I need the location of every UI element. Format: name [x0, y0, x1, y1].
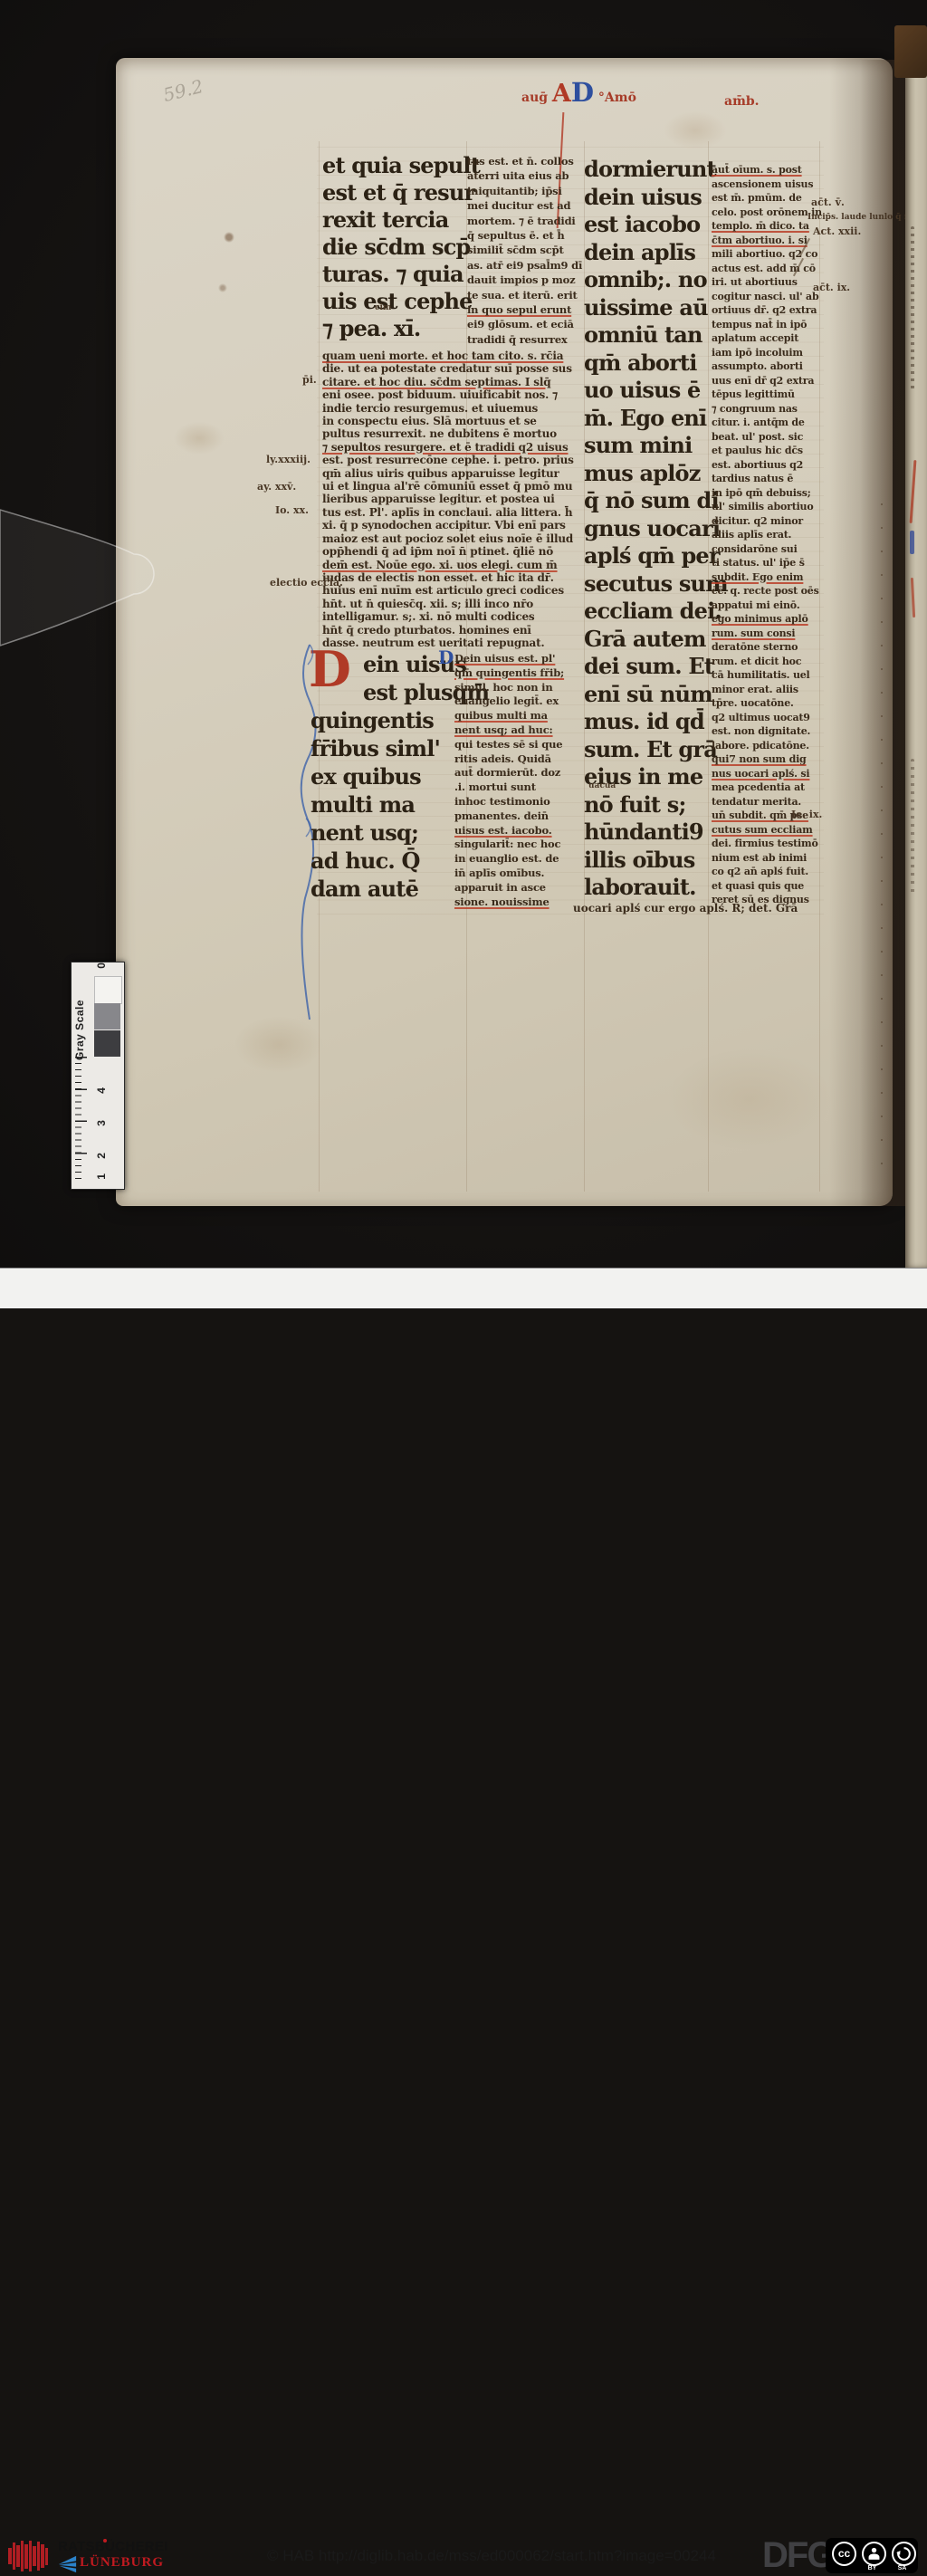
text-line: citur. i. antq̄m de [712, 416, 822, 430]
text-line: sum. Et grā [584, 736, 728, 764]
text-line: nent usq; ad huc: [454, 723, 564, 738]
text-line: iudas de electis non esset. et hic ita d… [322, 571, 574, 584]
text-line: iri. ut abortiuus [712, 275, 822, 290]
text-line: est. non dignitate. [712, 724, 822, 739]
text-line: dormierunt [584, 156, 728, 184]
text-line: enī sū nūm [584, 681, 728, 709]
text-line: qm̄ alius uiris quibus apparuisse legitu… [322, 467, 574, 480]
text-line: ritis adeis. Quidā [454, 752, 564, 767]
text-line: est m̄. pmūm. de [712, 191, 822, 206]
text-line: in ipō qm̄ debuiss; [712, 486, 822, 501]
text-line: iniquitantib; ip̄si [467, 184, 582, 198]
text-line: inhoc testimonio [454, 795, 564, 809]
text-line: tus est. Pl'. aplīs in conclaui. alia li… [322, 506, 574, 519]
margin-note-pi: p̄i. [302, 375, 317, 386]
ruler-number: 1 [95, 1173, 108, 1180]
gloss-column-1b: Dein uisus est. pl'qm̄ quingentis fr̄ib;… [454, 652, 564, 909]
running-title-anno: °Amō [598, 91, 636, 105]
text-line: appatui mi einō. [712, 599, 822, 613]
text-line: est. post resurrecōne cephe. i. petro. p… [322, 454, 574, 466]
ruler-number: 3 [95, 1120, 108, 1126]
ruler-number: 0 [95, 962, 108, 969]
margin-note-act-v: ac̄t. v̄. [811, 197, 845, 208]
text-line: q̄ nō sum di [584, 487, 728, 515]
text-line: mus. id qd̄ [584, 708, 728, 736]
text-line: ui et lingua al'rē cōmuniū esset q̄ pmō … [322, 480, 574, 493]
text-line: ul' similis abortiuo [712, 500, 822, 514]
next-page-blue-initial-trace [910, 531, 914, 554]
text-line: turas. ⁊ quia [322, 261, 480, 288]
text-line: ti status. ul' ip̄e s̄ [712, 556, 822, 570]
text-line: sum mini [584, 432, 728, 460]
page-holder-clip [0, 489, 181, 670]
gray-patch-mid [94, 1003, 120, 1029]
gloss-bottom-line: uocari aplś cur ergo aplś. R; det. Grā [573, 902, 798, 915]
lemma-column-1: et quia sepultest et q̄ resurrexit terci… [322, 152, 480, 342]
text-line: et quasi quis que [712, 879, 822, 894]
text-line: nō fuit s; [584, 791, 728, 819]
text-line: lieribus apparuisse legitur. et postea u… [322, 493, 574, 505]
text-line: quibus multi ma [454, 709, 564, 723]
text-line: templo. m̄ dico. ta [712, 219, 822, 234]
text-line: uo uisus ē [584, 377, 728, 405]
book-gutter-shadow [860, 60, 909, 1206]
next-page-red-trace [911, 578, 915, 618]
margin-note-electio: electio ecc̄ia. [270, 578, 343, 589]
text-line: aplatum accepit [712, 331, 822, 346]
text-line: tēpus legittimū [712, 388, 822, 402]
text-line: as. atr̄ ei9 psal̄m9 dī [467, 258, 582, 273]
text-line: deratōne sterno [712, 640, 822, 655]
text-line: ego minimus aplō [712, 612, 822, 627]
footer-bar: RATSBÜCHEREI LÜNEBURG © HAB http://digli… [0, 1268, 927, 1307]
text-line: dauit impios p moz [467, 273, 582, 287]
text-line: aut̄ oīum. s. post [712, 163, 822, 177]
text-line: eni osee. post biduum. uiuificabit nos. … [322, 388, 574, 401]
text-line: tardius natus ē [712, 472, 822, 486]
text-line: uisus est. iacobo. [454, 824, 564, 838]
margin-note-io: Io. xx. [275, 505, 309, 516]
running-title-right: am̄b. [724, 94, 760, 109]
text-line: aplś qm̄ per [584, 542, 728, 570]
text-line: tempus nat̄ in ipō [712, 318, 822, 332]
text-line: dicitur. q2 minor [712, 514, 822, 529]
margin-note-ie-ix: Ie. ix. [791, 809, 822, 820]
text-line: nium est ab inimi [712, 851, 822, 866]
text-line: ascensionem uisus [712, 177, 822, 192]
text-line: co q2 an̄ aplś fuit. [712, 865, 822, 879]
text-line: beat. ul' post. sic [712, 430, 822, 445]
photo-backdrop: 59.2 auḡ AD °Amō am̄b. et quia sepultest… [0, 0, 927, 1307]
gloss-column-2: aut̄ oīum. s. postascensionem uisusest m… [712, 163, 822, 907]
ruler-ticks-long [75, 1057, 87, 1184]
text-line: apparuit in asce [454, 881, 564, 895]
text-line: cogitur nasci. ul' ab [712, 290, 822, 304]
running-title-left: auḡ [521, 91, 548, 105]
text-line: uis est cephe [322, 288, 480, 315]
text-line: simul. hoc non in [454, 681, 564, 695]
text-line: uissime aū [584, 294, 728, 322]
text-line: tus est. et n̄. collos [467, 154, 582, 168]
text-line: euangelio legit̄. ex [454, 694, 564, 709]
text-line: ⁊ congruum nas [712, 402, 822, 417]
text-line: est iacobo [584, 211, 728, 239]
text-line: dein aplīs [584, 239, 728, 267]
text-line: cā humilitatis. uel [712, 668, 822, 683]
text-line: assumpto. aborti [712, 359, 822, 374]
interlinear-note: uacua [588, 782, 616, 790]
text-line: actus est. add m̄ cō [712, 262, 822, 276]
text-line: Dein uisus est. pl' [454, 652, 564, 666]
text-line: similit̄ sc̄dm scp̄t [467, 243, 582, 257]
text-line: ⁊ sepultos resurgere. et ē tradidi q2 ui… [322, 441, 574, 454]
gray-scale-ruler: Gray Scale 4 3 2 1 0 [71, 962, 125, 1190]
text-line: sione. nouissime [454, 895, 564, 910]
text-line: rum. et dicit hoc [712, 655, 822, 669]
text-line: et paulus hic dc̄s [712, 444, 822, 458]
text-line: tendatur merita. [712, 795, 822, 809]
text-line: qm̄ quingentis fr̄ib; [454, 666, 564, 681]
ruler-number: 4 [95, 1087, 108, 1094]
text-line: m̄. Ego enī [584, 405, 728, 433]
text-line: qui7 non sum dig [712, 752, 822, 767]
next-page-edge [905, 34, 927, 1268]
text-line: dein uisus [584, 184, 728, 212]
text-line: secutus sum [584, 570, 728, 599]
text-line: ei9 glōsum. et eciā [467, 317, 582, 331]
running-title-initial-d: D [571, 77, 594, 108]
text-line: et quia sepult [322, 152, 480, 179]
text-line: die. ut ea potestate credatur suī posse … [322, 362, 574, 375]
gray-patch-white [94, 976, 122, 1004]
text-line: q̄ sepultus ē. et h̄ [467, 228, 582, 243]
text-line: hn̄t. ut n̄ quiesc̄q. xii. s; illi inco … [322, 598, 574, 610]
text-line: intelligamur. s;. xi. nō multi codices [322, 610, 574, 623]
pencil-foliation: 59.2 [161, 77, 205, 104]
manuscript-page: 59.2 auḡ AD °Amō am̄b. et quia sepultest… [116, 58, 893, 1206]
text-line: .i. mortui sunt [454, 780, 564, 795]
text-line: mei ducitur est ad [467, 198, 582, 213]
margin-note-act-ix: ac̄t. ix. [813, 282, 850, 293]
text-line: in conspectu eius. Slā mortuus et se [322, 415, 574, 427]
running-title-initial-a: A [552, 80, 571, 108]
text-line: iam ipō incoluim [712, 346, 822, 360]
text-line: maioz est aut pocioz solet eius noīe ē i… [322, 532, 574, 545]
text-line: opp̄hendi q̄ ad ip̄m noī n̄ ptinet. q̄li… [322, 545, 574, 558]
text-line: indie tercio resurgemus. et uiuemus [322, 402, 574, 415]
text-line: die sc̄dm scp̄ [322, 234, 480, 261]
text-line: mortem. ⁊ ē tradidi [467, 214, 582, 228]
text-line: quam ueni morte. et hoc tam cito. s. rc̄… [322, 350, 574, 362]
text-line: aterri uita eius ab [467, 168, 582, 183]
text-line: mus aplōz [584, 460, 728, 488]
next-page-text-trace [911, 759, 914, 895]
gray-scale-label: Gray Scale [73, 970, 91, 1060]
text-line: considarōne sui [712, 542, 822, 557]
text-line: mea pcedentia at [712, 780, 822, 795]
text-line: nus uocari aplś. si [712, 767, 822, 781]
text-line: minor erat. aliis [712, 683, 822, 697]
text-line: est et q̄ resur [322, 179, 480, 206]
text-line: gnus uocari [584, 515, 728, 543]
text-line: omnib;. no [584, 266, 728, 294]
text-line: dei sum. Et [584, 653, 728, 681]
text-line: dem̄ est. Noūe ego. xi. uos elegi. cum m… [322, 559, 574, 571]
text-line: te sua. et iterū. erit [467, 288, 582, 302]
text-line: qm̄ aborti [584, 350, 728, 378]
text-line: singularit̄: nec hoc [454, 838, 564, 852]
pricking-dots [881, 503, 883, 1177]
text-line: est. abortiuus q2 [712, 458, 822, 473]
gray-patch-dark [94, 1030, 120, 1057]
running-title: auḡ AD °Amō [521, 85, 636, 105]
text-line: laborauit. [584, 874, 728, 902]
text-line: cutus sum eccliam [712, 823, 822, 838]
text-line: citare. et hoc diu. sc̄dm septimas. I sl… [322, 376, 574, 388]
text-line: tp̄re. uocatōne. [712, 696, 822, 711]
margin-note-ly: ly.xxxiij. [266, 455, 311, 465]
text-line: qui testes sē si que [454, 738, 564, 752]
text-line: celo. post orōnem in [712, 206, 822, 220]
text-line: eccliam dei. [584, 598, 728, 626]
text-line: omniū tan [584, 321, 728, 350]
text-line: tradidi q̄ resurrex [467, 332, 582, 347]
gloss-column-1: tus est. et n̄. collosaterri uita eius a… [467, 154, 582, 347]
margin-note-act-xxii: Act. xxii. [813, 226, 861, 237]
text-line: aut̄ dormierūt. doz [454, 766, 564, 780]
interlinear-note: cim [375, 304, 391, 312]
margin-note-ay: ay. xxv̄. [257, 482, 296, 493]
text-line: pultus resurrexit. ne dubitens ē mortuo [322, 427, 574, 440]
text-line: Grā autem [584, 626, 728, 654]
text-line: hūndanti9 [584, 819, 728, 847]
ruler-number: 2 [95, 1153, 108, 1159]
text-line: hn̄t q̄ credo pturbatos. homines enī [322, 624, 574, 637]
text-line: in euanglio est. de [454, 852, 564, 867]
text-line: in quo sepul erunt [467, 302, 582, 317]
text-line: in̄ aplīs omībus. [454, 867, 564, 881]
next-page-text-trace [911, 226, 914, 389]
book-board-corner [894, 25, 927, 78]
text-line: aliis aplīs erat. [712, 528, 822, 542]
text-line: ⁊ pea. xī. [322, 315, 480, 342]
text-line: huius enī nuīm est articulo greci codice… [322, 584, 574, 597]
text-line: dei. firmius testimō [712, 837, 822, 851]
text-line: pmanentes. dein̄ [454, 809, 564, 824]
text-line: q2 ultimus uocat9 [712, 711, 822, 725]
text-line: mili abortiuo. q2 co [712, 247, 822, 262]
text-line: uus enī dr̄ q2 extra [712, 374, 822, 388]
text-line: rexit tercia [322, 206, 480, 234]
text-line: xi. q̄ p synodochen accipitur. Vbi enī p… [322, 519, 574, 531]
text-line: rum. sum consi [712, 627, 822, 641]
text-line: labore. pdicatōne. [712, 739, 822, 753]
gloss-block-wide: quam ueni morte. et hoc tam cito. s. rc̄… [322, 350, 574, 649]
text-line: illis oībus [584, 847, 728, 875]
initial-blue-d: D [438, 648, 454, 666]
text-line: ortiuus dr̄. q2 extra [712, 303, 822, 318]
next-page-red-initial-trace [910, 460, 917, 523]
text-line: c̄ē. q. recte post oēs [712, 584, 822, 599]
text-line: subdit. Ego enim [712, 570, 822, 585]
